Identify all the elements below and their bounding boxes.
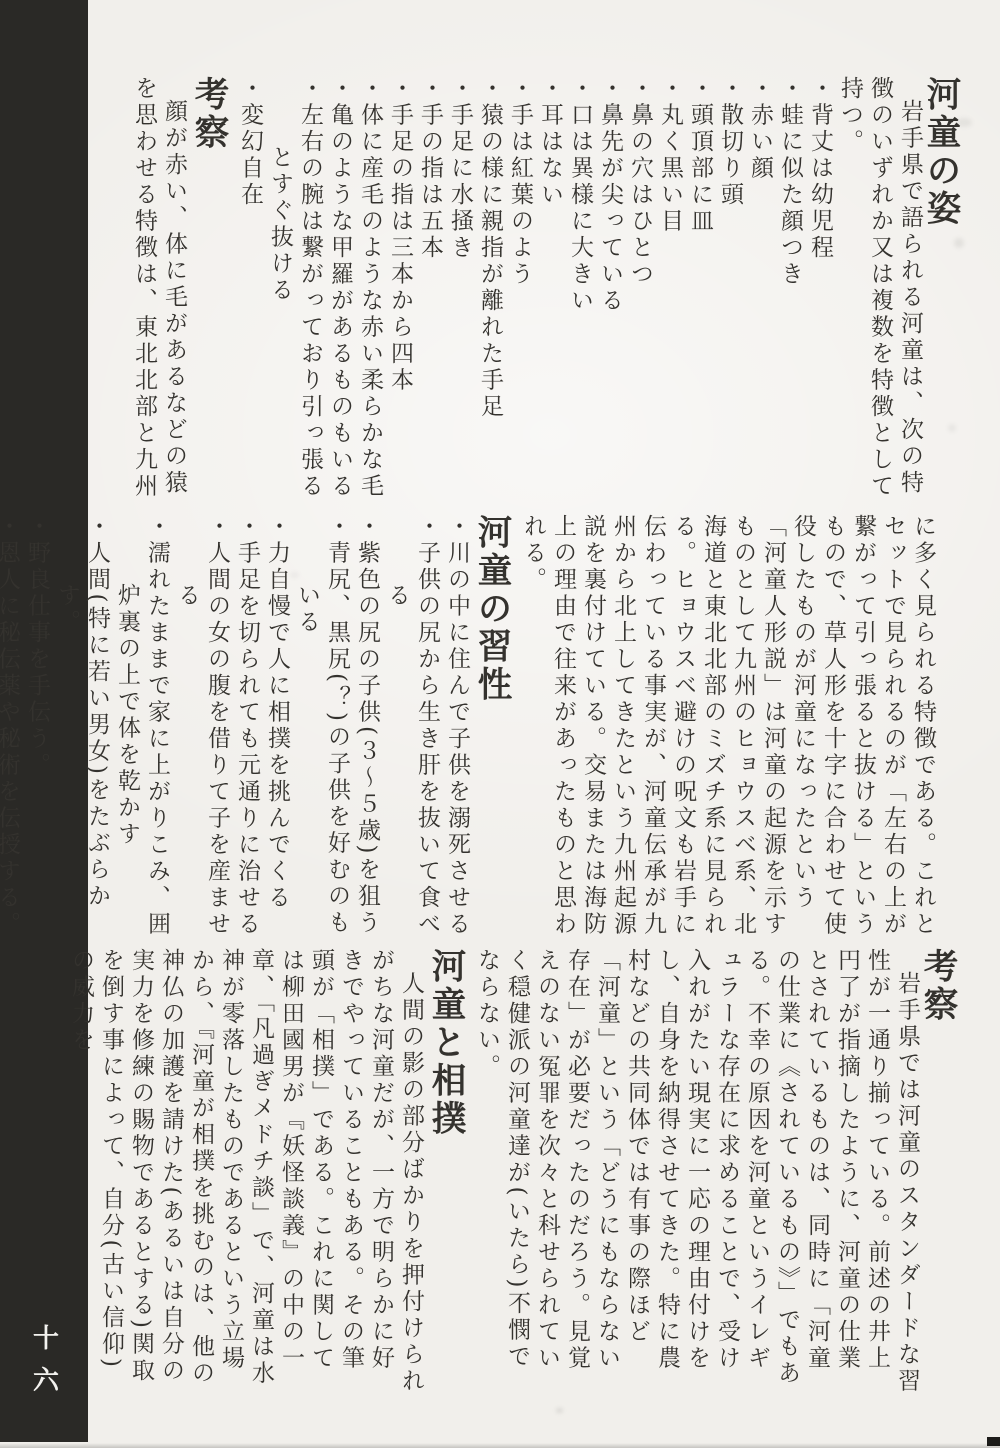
habit-item: ・力自慢で人に相撲を挑んでくる [262, 514, 292, 938]
feature-item: ・散切り頭 [715, 76, 745, 514]
paragraph-kousatsu-1-continued: に多く見られる特徴である。これとセットで見られるのが「左右の上が繋がって引っ張る… [518, 514, 938, 938]
feature-item: ・蛙に似た顔つき [775, 76, 805, 514]
feature-item: ・丸く黒い目 [655, 76, 685, 514]
habit-item: ・野良仕事を手伝う。 [22, 514, 52, 938]
habit-item: ・濡れたままで家に上がりこみ、囲炉裏の上で体を乾かす [112, 514, 172, 938]
feature-item: ・赤い顔 [745, 76, 775, 514]
habit-item: ・人間の女の腹を借りて子を産ませる [172, 514, 232, 938]
feature-item: ・口は異様に大きい [565, 76, 595, 514]
habit-item: ・子供の尻から生き肝を抜いて食べる [382, 514, 442, 938]
feature-item: ・背丈は幼児程 [805, 76, 835, 514]
heading-kousatsu-1: 考察 [193, 76, 223, 514]
paper-speck [556, 1408, 563, 1413]
feature-item: ・左右の腕は繋がっており引っ張るとすぐ抜ける [265, 76, 325, 514]
habit-item: ・恩人に秘伝薬や秘術を伝授する。 [0, 514, 22, 938]
feature-item: ・手足の指は三本から四本 [385, 76, 415, 514]
habit-item: ・川の中に住んで子供を溺死させる [442, 514, 472, 938]
feature-item: ・鼻の穴はひとつ [625, 76, 655, 514]
scanned-book-page: 十六 河童の姿 岩手県で語られる河童は、次の特徴のいずれか又は複数を特徴として持… [0, 0, 1000, 1448]
heading-kappa-appearance: 河童の姿 [925, 76, 955, 514]
paragraph-kousatsu-2: 岩手県では河童のスタンダードな習性が一通り揃っている。前述の井上円了が指摘したよ… [472, 948, 922, 1396]
paper-speck [954, 238, 964, 248]
habit-item: ・青尻、黒尻(？)の子供を好むのもいる [292, 514, 352, 938]
feature-item: ・手は紅葉のよう [505, 76, 535, 514]
page-number: 十六 [26, 1324, 63, 1408]
habit-item: ・紫色の尻の子供(３～５歳)を狙う [352, 514, 382, 938]
section-kappa-habits: に多く見られる特徴である。これとセットで見られるのが「左右の上が繋がって引っ張る… [0, 514, 938, 938]
paper-speck [290, 572, 299, 578]
habit-item: ・人間(特に若い男女)をたぶらかす。 [52, 514, 112, 938]
feature-item: ・耳はない [535, 76, 565, 514]
feature-item: ・変幻自在 [235, 76, 265, 514]
scan-bottom-shadow [0, 1443, 1000, 1448]
feature-item: ・体に産毛のような赤い柔らかな毛 [355, 76, 385, 514]
habit-list: ・川の中に住んで子供を溺死させる・子供の尻から生き肝を抜いて食べる・紫色の尻の子… [0, 514, 472, 938]
feature-item: ・亀のような甲羅があるものもいる [325, 76, 355, 514]
feature-item: ・猿の様に親指が離れた手足 [475, 76, 505, 514]
heading-kappa-habits: 河童の習性 [476, 514, 506, 938]
feature-list: ・背丈は幼児程・蛙に似た顔つき・赤い顔・散切り頭・頭頂部に皿・丸く黒い目・鼻の穴… [235, 76, 835, 514]
feature-item: ・鼻先が尖っている [595, 76, 625, 514]
paragraph-kappa-sumo: 人間の影の部分ばかりを押付けられがちな河童だが、一方で明らかに好きでやっているこ… [66, 948, 426, 1396]
paper-speck [956, 118, 972, 127]
section-kousatsu-sumo: 考察 岩手県では河童のスタンダードな習性が一通り揃っている。前述の井上円了が指摘… [66, 948, 952, 1396]
feature-item: ・手の指は五本 [415, 76, 445, 514]
heading-kappa-sumo: 河童と相撲 [430, 948, 460, 1396]
habit-item: ・手足を切られても元通りに治せる [232, 514, 262, 938]
paragraph-kousatsu-1-start: 顔が赤い、体に毛があるなどの猿を思わせる特徴は、東北北部と九州 [129, 76, 189, 514]
section-kappa-appearance: 河童の姿 岩手県で語られる河童は、次の特徴のいずれか又は複数を特徴として持つ。 … [129, 76, 955, 514]
paragraph-appearance-intro: 岩手県で語られる河童は、次の特徴のいずれか又は複数を特徴として持つ。 [835, 76, 925, 514]
feature-item: ・手足に水掻き [445, 76, 475, 514]
paper-speck [948, 424, 956, 432]
heading-kousatsu-2: 考察 [922, 948, 952, 1396]
feature-item: ・頭頂部に皿 [685, 76, 715, 514]
